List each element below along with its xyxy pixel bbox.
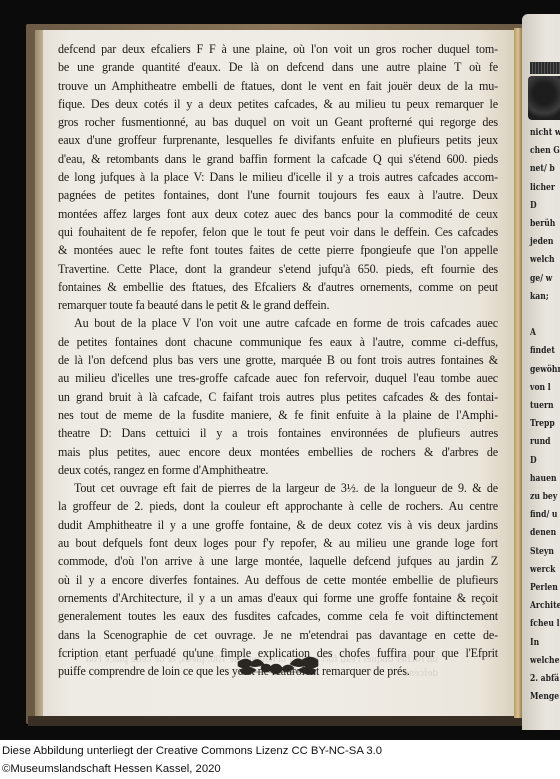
text-line: fique. Des deux cotés il y a deux petite… [58,95,498,113]
text-line: de petites fontaines dont chacune commun… [58,333,498,351]
image-caption: Diese Abbildung unterliegt der Creative … [2,742,382,778]
text-line: ornements d'Architecture, il y a un amas… [58,589,498,607]
text-line: fontaines & embellie des ftatues, des Ef… [58,278,498,296]
text-line: Travertine. Cette Place, dont la grandeu… [58,260,498,278]
fragment-line: D [530,454,537,469]
fragment-line: werck [530,563,555,578]
text-line: be une grande quantité d'eaux. De là on … [58,58,498,76]
fragment-line: berüh [530,217,555,232]
text-line: deux cotés, rangez en forme d'Amphitheat… [58,461,498,479]
text-line: où il y a encore diverfes fontaines. Au … [58,571,498,589]
fragment-line: kan; [530,290,549,305]
fragment-line: welche [530,654,559,669]
text-line: & montées auec le refte font toutes fait… [58,241,498,259]
text-line: d'eau, & retombants dans le grand baffin… [58,150,498,168]
fragment-line: rund [530,435,551,450]
fragment-line: gewöhn [530,363,560,378]
fragment-line: D [530,199,537,214]
fragment-line: zu bey [530,490,557,505]
text-line: theatre D: Dans cettuici il y a trois fo… [58,424,498,442]
fragment-line: A [530,326,536,341]
fragment-line: 2. abfä [530,672,559,687]
fragment-line: fcheu l [530,617,560,632]
text-line: nes tout de meme de la fusdite maniere, … [58,406,498,424]
text-line: remarquer toute fa beauté dans le petit … [58,296,498,314]
book-cover-edge [28,716,526,726]
text-line: Tout cet ouvrage eft fait de pierres de … [58,479,498,497]
fragment-line: Steyn [530,545,554,560]
right-page-fragment: nicht wchen Gnet/ blicherDberühjedenwelc… [522,14,560,730]
fragment-line: Trepp [530,417,555,432]
blackletter-heading [530,62,560,74]
text-line: pagnées de petites fontaines, dont l'une… [58,186,498,204]
book-scan: nicht wchen Gnet/ blicherDberühjedenwelc… [0,0,560,740]
fragment-line: nicht w [530,126,560,141]
text-line: trouve un Amphitheatre embelli de ftatue… [58,77,498,95]
text-line: montées affez larges font aux deux cotez… [58,205,498,223]
fragment-line: Menge [530,690,559,705]
fragment-line: chen G [530,144,560,159]
text-line: un grand bruit à là cafcade, C faifant t… [58,388,498,406]
text-line: dudit Amphitheatre il y a une groffe fon… [58,516,498,534]
fragment-line: ge/ w [530,272,552,287]
fragment-line: welch [530,253,555,268]
text-line: de là l'on defcend plus bas vers une gro… [58,351,498,369]
text-line: eaux d'une groffeur furprenante, lesquel… [58,131,498,149]
text-line: generalement toutes les eaux des fusdite… [58,607,498,625]
fragment-line: Perlen [530,581,558,596]
fragment-line: denen [530,526,556,541]
text-line: la groffeur de 2. pieds, dont la couleur… [58,497,498,515]
fragment-line: jeden [530,235,553,250]
book-gutter [514,28,522,718]
text-line: commode, d'où l'on arrive à une large mo… [58,552,498,570]
text-line: au milieu d'icelles une tres-groffe cafc… [58,369,498,387]
fragment-line: In [530,636,539,651]
text-line: gros rocher fusmentionné, au bas duquel … [58,113,498,131]
fragment-line: Archite [530,599,560,614]
copyright-text: ©Museumslandschaft Hessen Kassel, 2020 [2,760,382,778]
fragment-line: find/ u [530,508,557,523]
text-line: defcend par deux efcaliers F F à une pla… [58,40,498,58]
fragment-line: tuern [530,399,554,414]
fragment-line: hauen [530,472,557,487]
text-line: au bout defquels font deux loges pour f'… [58,534,498,552]
fragment-line: findet [530,344,555,359]
floral-ornament-icon [236,654,320,678]
decorated-initial-icon [528,76,560,120]
text-line: Au bout de la place V l'on voit une autr… [58,314,498,332]
text-line: de long jufques à la place V: Dans le mi… [58,168,498,186]
license-text: Diese Abbildung unterliegt der Creative … [2,742,382,760]
fragment-line: licher [530,181,555,196]
left-page-body-text: defcend par deux efcaliers F F à une pla… [58,40,498,680]
text-line: qui fouhaitent de fe repofer, felon que … [58,223,498,241]
fragment-line: net/ b [530,162,555,177]
text-line: dans la Scenographie de cet ouvrage. Je … [58,626,498,644]
fragment-line: von l [530,381,551,396]
text-line: mais plus petites, auec encore deux mont… [58,443,498,461]
